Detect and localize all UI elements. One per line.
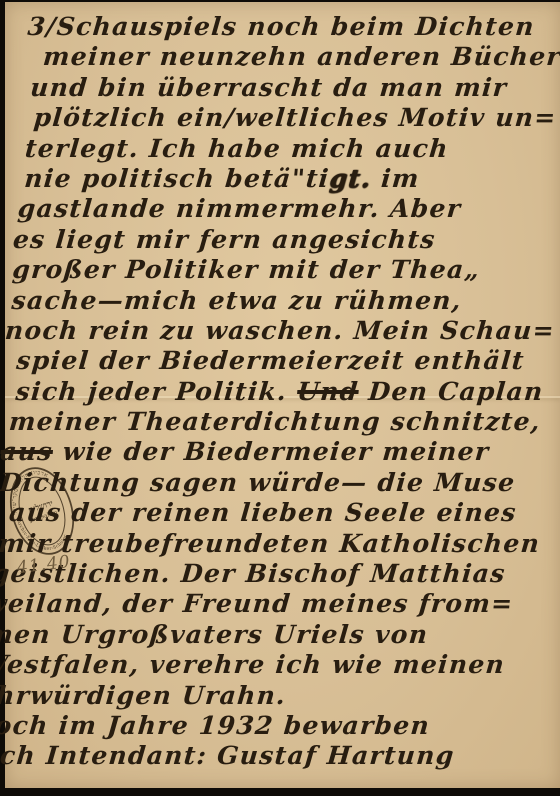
text-segment: gt. <box>328 164 372 193</box>
manuscript-line: meiner Theaterdichtung schnitzte, <box>8 407 522 437</box>
manuscript-line: terlegt. Ich habe mich auch <box>24 134 546 164</box>
text-segment: Und <box>296 377 360 406</box>
manuscript-line: Noch im Jahre 1932 bewarben <box>0 711 495 741</box>
text-segment: spiel der Biedermeierzeit enthält <box>15 346 526 375</box>
manuscript-line: und bin überrascht da man mir <box>29 73 551 103</box>
manuscript-line: aus wie der Biedermeier meiner <box>0 437 519 467</box>
text-segment: plötzlich ein/weltliches Motiv un= <box>32 103 557 132</box>
text-segment: es liegt mir fern angesichts <box>12 225 437 254</box>
text-segment: geistlichen. Der Bischof Matthias <box>0 559 507 588</box>
manuscript-line: sich jeder Politik. Und Den Caplan <box>14 377 524 407</box>
text-segment: aus <box>0 437 54 466</box>
manuscript-line: großer Politiker mit der Thea„ <box>11 255 535 285</box>
manuscript-line: sich Intendant: Gustaf Hartung <box>0 741 492 771</box>
text-segment: meiner Theaterdichtung schnitzte, <box>8 407 542 436</box>
manuscript-line: geistlichen. Der Bischof Matthias <box>0 559 508 589</box>
manuscript-line: men Urgroßvaters Uriels von <box>0 620 503 650</box>
manuscript-line: sache—mich etwa zu rühmen, <box>10 286 532 316</box>
manuscript-line: noch rein zu waschen. Mein Schau= <box>4 316 530 346</box>
manuscript-line: weiland, der Freund meines from= <box>0 589 505 619</box>
text-segment: weiland, der Freund meines from= <box>0 589 515 618</box>
text-segment: mir treubefreundeten Katholischen <box>0 529 542 558</box>
manuscript-line: gastlande nimmermehr. Aber <box>16 194 540 224</box>
manuscript-line: Dichtung sagen würde— die Muse <box>0 468 516 498</box>
manuscript-line: aus der reinen lieben Seele eines <box>8 498 514 528</box>
manuscript-line: Westfalen, verehre ich wie meinen <box>0 650 500 680</box>
text-segment: sich jeder Politik. <box>15 377 299 406</box>
text-segment: ehrwürdigen Urahn. <box>0 681 288 710</box>
text-segment: sich Intendant: Gustaf Hartung <box>0 741 456 770</box>
manuscript-line: spiel der Biedermeierzeit enthält <box>15 346 527 376</box>
text-segment: sache—mich etwa zu rühmen, <box>11 286 464 315</box>
text-segment: Noch im Jahre 1932 bewarben <box>0 711 431 740</box>
manuscript-line: 3/Schauspiels noch beim Dichten <box>26 12 556 42</box>
text-segment: Den Caplan <box>357 377 544 406</box>
text-segment: und bin überrascht da man mir <box>29 73 509 102</box>
manuscript-line: ehrwürdigen Urahn. <box>0 681 498 711</box>
text-segment: großer Politiker mit der Thea„ <box>11 255 481 284</box>
manuscript-line: nie politisch betä"tigt. im <box>23 164 543 194</box>
manuscript-text: 3/Schauspiels noch beim Dichtenmeiner ne… <box>0 12 556 772</box>
text-segment: nie politisch betä"ti <box>23 164 331 193</box>
text-segment: 3/Schauspiels noch beim Dichten <box>26 12 536 41</box>
text-segment: Westfalen, verehre ich wie meinen <box>0 650 506 679</box>
text-segment: meiner neunzehn anderen Bücher <box>42 42 560 71</box>
manuscript-line: es liegt mir fern angesichts <box>12 225 538 255</box>
text-segment: im <box>370 164 421 193</box>
text-segment: noch rein zu waschen. Mein Schau= <box>4 316 556 345</box>
manuscript-line: plötzlich ein/weltliches Motiv un= <box>32 103 548 133</box>
text-segment: men Urgroßvaters Uriels von <box>0 620 430 649</box>
scan-background: ארכיון אלזה לסקר־שילר Archiv-Else-Lasker… <box>0 0 560 796</box>
text-segment: aus der reinen lieben Seele eines <box>8 498 518 527</box>
manuscript-paper: ארכיון אלזה לסקר־שילר Archiv-Else-Lasker… <box>5 2 560 788</box>
scan-edge-top <box>0 0 560 2</box>
text-segment: gastlande nimmermehr. Aber <box>17 194 463 223</box>
manuscript-line: mir treubefreundeten Katholischen <box>0 529 511 559</box>
text-segment: terlegt. Ich habe mich auch <box>24 134 450 163</box>
text-segment: Dichtung sagen würde— die Muse <box>0 468 517 497</box>
text-segment: wie der Biedermeier meiner <box>52 437 491 466</box>
manuscript-line: meiner neunzehn anderen Bücher <box>42 42 554 72</box>
